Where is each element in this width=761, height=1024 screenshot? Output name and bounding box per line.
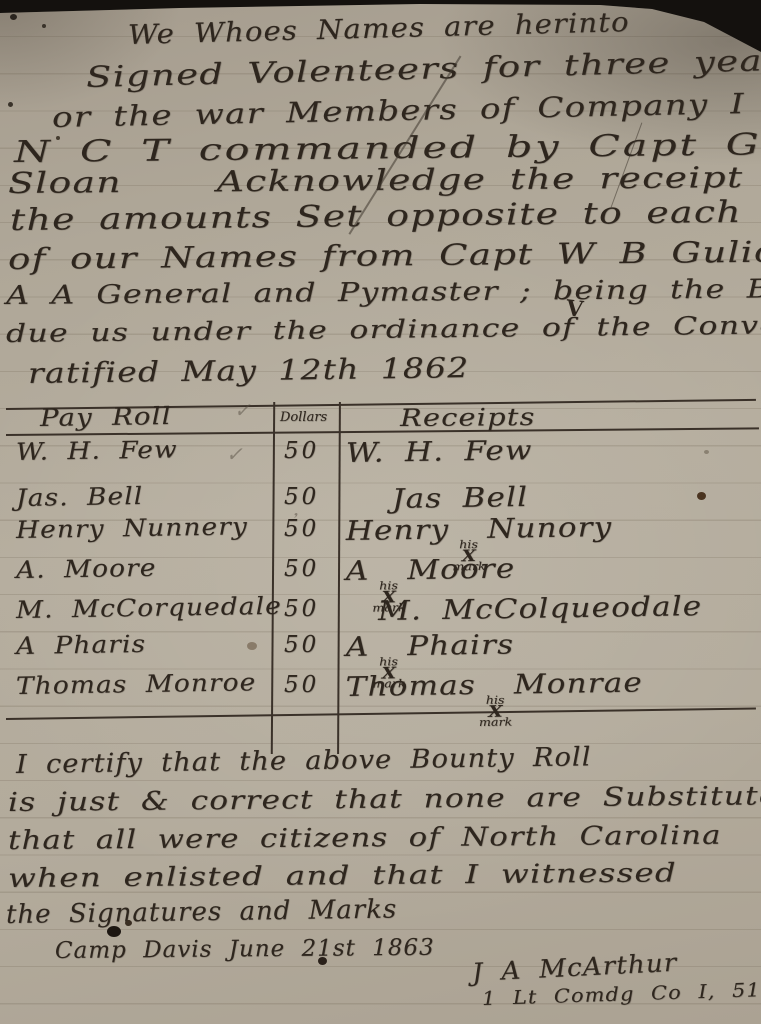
amount-dollars: 50 — [284, 596, 319, 622]
column-header-receipts: Receipts — [400, 403, 536, 432]
stain-dot — [8, 102, 13, 107]
stain-dot — [247, 642, 257, 650]
certification-line: the Signatures and Marks — [6, 895, 398, 930]
table-row: Henry Nunnery 50 HenryhisXmarkNunory — [0, 516, 761, 556]
payroll-name: M. McCorquedale — [16, 592, 282, 624]
heading-line: We Whoes Names are herinto — [128, 7, 631, 51]
heading-line: Sloan Acknowledge the receipt of — [8, 160, 761, 200]
certification-line: is just & correct that none are Substitu… — [8, 781, 761, 818]
receipt-signature: Jas Bell — [392, 482, 529, 515]
amount-dollars: 50 — [284, 484, 319, 510]
photo-background: We Whoes Names are herinto Signed Volent… — [0, 0, 761, 1024]
receipt-signature: ThomashisXmarkMonrae — [345, 667, 643, 729]
amount-dollars: 50 — [284, 632, 319, 658]
amount-dollars: 50 — [284, 556, 319, 582]
document-page: We Whoes Names are herinto Signed Volent… — [0, 0, 761, 1024]
table-row: Thomas Monroe 50 ThomashisXmarkMonrae — [0, 672, 761, 712]
table-row: W. H. Few 50 W. H. Few — [0, 438, 761, 478]
amount-dollars: 50 — [284, 672, 319, 698]
pencil-tick: ✓ — [234, 398, 251, 422]
heading-line: or the war Members of Company I 51 — [52, 86, 761, 134]
payroll-name: Thomas Monroe — [16, 668, 257, 700]
table-row: A. Moore 50 AhisXmarkMoore — [0, 556, 761, 596]
mark-word: mark — [479, 717, 512, 727]
payroll-name: W. H. Few — [16, 435, 178, 466]
receipt-signature: W. H. Few — [346, 435, 533, 469]
heading-line: of our Names from Capt W B Gulick — [8, 234, 761, 276]
dateline: Camp Davis June 21st 1863 — [55, 935, 435, 964]
certification-line: when enlisted and that I witnessed — [8, 858, 677, 894]
stain-dot — [42, 24, 46, 28]
payroll-name: Jas. Bell — [16, 482, 144, 512]
pencil-tick: ✓ — [226, 442, 243, 466]
receipt-signature: M. McColqueodale — [378, 591, 703, 627]
heading-line: due us under the ordinance of the Conven… — [6, 309, 761, 348]
stain-dot — [56, 136, 60, 140]
bounty-table: Pay Roll Dollars Receipts W. H. Few 50 W… — [0, 396, 761, 762]
payroll-name: Henry Nunnery — [16, 512, 248, 544]
ink-blot — [107, 926, 121, 937]
payroll-name: A. Moore — [16, 554, 157, 584]
heading-line: A A General and Pymaster ; being the Bou… — [6, 274, 761, 311]
table-row: A Pharis 50 AhisXmarkPhairs — [0, 632, 761, 672]
heading-line: Signed Volenteers for three years — [85, 42, 761, 94]
certification-line: that all were citizens of North Carolina — [8, 821, 722, 856]
certification-line: I certify that the above Bounty Roll — [16, 742, 592, 780]
ink-blot — [318, 957, 327, 965]
ink-blot — [125, 920, 132, 926]
amount-dollars: 50 — [284, 438, 319, 464]
ink-blot — [697, 492, 706, 500]
caret-mark: V — [565, 295, 585, 323]
pencil-tick: 𝄒 — [290, 512, 294, 536]
signature: J A McArthur — [471, 948, 678, 987]
stain-dot — [704, 450, 709, 454]
payroll-name: A Pharis — [16, 630, 147, 660]
heading-line: ratified May 12th 1862 — [28, 351, 470, 390]
stain-dot — [10, 14, 17, 20]
column-header-dollars: Dollars — [280, 410, 327, 425]
column-header-payroll: Pay Roll — [40, 402, 172, 432]
heading-line: the amounts Set opposite to each — [10, 195, 742, 238]
his-mark-stack: hisXmark — [478, 695, 512, 727]
